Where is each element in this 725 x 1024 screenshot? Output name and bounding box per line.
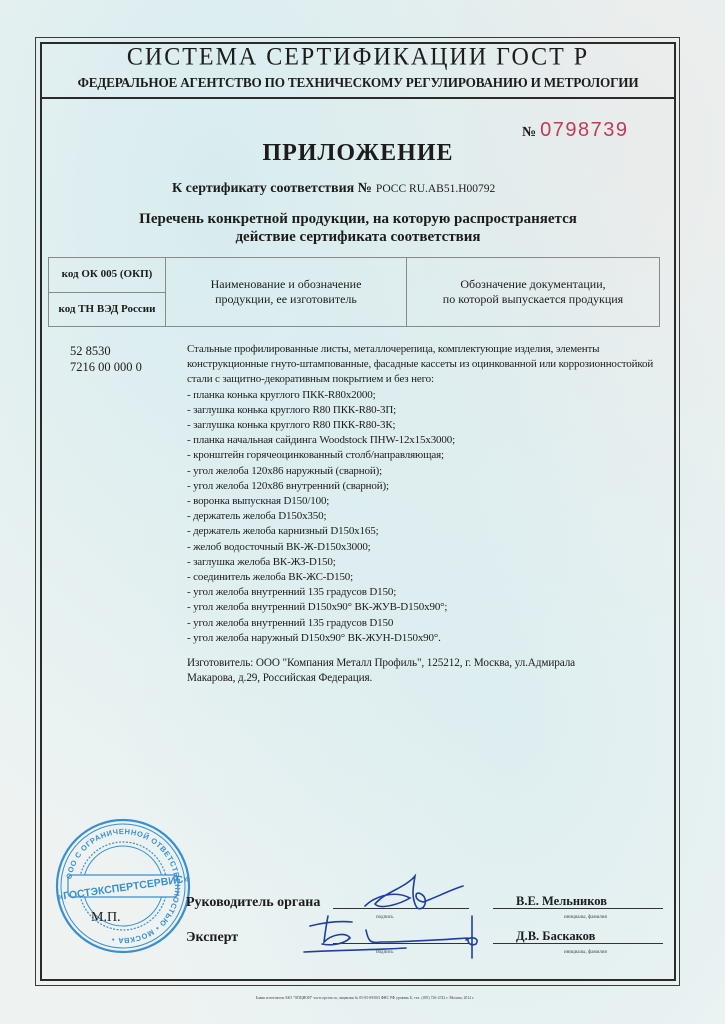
product-item: - заглушка конька круглого R80 ПКК-R80-3… (187, 418, 667, 433)
product-item: - угол желоба внутренний 135 градусов D1… (187, 616, 667, 631)
product-item: - планка конька круглого ПКК-R80х2000; (187, 388, 667, 403)
product-item: - держатель желоба D150х350; (187, 509, 667, 524)
certification-system-title: СИСТЕМА СЕРТИФИКАЦИИ ГОСТ Р (40, 43, 676, 71)
product-item: - воронка выпускная D150/100; (187, 494, 667, 509)
header-documentation: Обозначение документации, по которой вып… (407, 258, 660, 327)
certificate-reference: К сертификату соответствия №РОСС RU.AB51… (172, 181, 495, 197)
product-item: - планка начальная сайдинга Woodstock ПН… (187, 433, 667, 448)
product-description: Стальные профилированные листы, металлоч… (187, 342, 667, 646)
document-title: ПРИЛОЖЕНИЕ (40, 140, 676, 167)
printer-imprint: Бланк изготовлен ЗАО "ОПЦИОН" www.opcion… (200, 996, 530, 1000)
header-documentation-line2: по которой выпускается продукция (411, 292, 655, 307)
product-item: - угол желоба 120х86 наружный (сварной); (187, 464, 667, 479)
product-intro: Стальные профилированные листы, металлоч… (187, 342, 667, 388)
header-code-okp: код ОК 005 (ОКП) (49, 258, 166, 293)
product-list-title-line1: Перечень конкретной продукции, на котору… (40, 210, 676, 228)
certificate-number: РОСС RU.AB51.H00792 (376, 183, 495, 195)
product-item: - угол желоба наружный D150х90° ВК-ЖУН-D… (187, 631, 667, 646)
number-sign: № (522, 125, 536, 140)
head-signature-icon (355, 868, 465, 918)
serial-number: №0798739 (522, 119, 628, 142)
product-item: - соединитель желоба ВК-ЖС-D150; (187, 570, 667, 585)
seal-place-label: М.П. (91, 910, 121, 926)
header-product-name: Наименование и обозначение продукции, ее… (166, 258, 407, 327)
code-tnved-value: 7216 00 000 0 (70, 359, 142, 375)
header-code-tnved: код ТН ВЭД России (49, 292, 166, 327)
product-item: - заглушка конька круглого R80 ПКК-R80-3… (187, 403, 667, 418)
header-divider (40, 97, 676, 99)
product-item: - держатель желоба карнизный D150х165; (187, 524, 667, 539)
header-product-name-line1: Наименование и обозначение (170, 277, 402, 292)
head-name: В.Е. Мельников (516, 894, 607, 909)
serial-number-value: 0798739 (540, 119, 628, 141)
product-items-list: - планка конька круглого ПКК-R80х2000;- … (187, 388, 667, 646)
header-documentation-line1: Обозначение документации, (411, 277, 655, 292)
product-item: - угол желоба 120х86 внутренний (сварной… (187, 479, 667, 494)
manufacturer-info: Изготовитель: ООО "Компания Металл Профи… (187, 656, 627, 686)
expert-role-label: Эксперт (186, 930, 238, 946)
certificate-label: К сертификату соответствия № (172, 181, 372, 196)
expert-name: Д.В. Баскаков (516, 929, 595, 944)
product-item: - угол желоба внутренний 135 градусов D1… (187, 585, 667, 600)
product-item: - желоб водосточный ВК-Ж-D150х3000; (187, 540, 667, 555)
expert-signature-icon (296, 912, 486, 960)
product-table-header: код ОК 005 (ОКП) Наименование и обозначе… (48, 257, 660, 327)
product-codes: 52 8530 7216 00 000 0 (70, 343, 142, 375)
manufacturer-line1: Изготовитель: ООО "Компания Металл Профи… (187, 656, 627, 671)
official-stamp-icon: ООО С ОГРАНИЧЕННОЙ ОТВЕТСТВЕННОСТЬЮ • МО… (54, 817, 192, 955)
product-list-title-line2: действие сертификата соответствия (40, 228, 676, 246)
agency-name: ФЕДЕРАЛЬНОЕ АГЕНТСТВО ПО ТЕХНИЧЕСКОМУ РЕ… (40, 75, 676, 91)
expert-name-caption: инициалы, фамилия (564, 950, 607, 955)
head-role-label: Руководитель органа (186, 895, 320, 911)
product-list-title: Перечень конкретной продукции, на котору… (40, 210, 676, 246)
manufacturer-line2: Макарова, д.29, Российская Федерация. (187, 671, 627, 686)
product-item: - кронштейн горячеоцинкованный столб/нап… (187, 448, 667, 463)
code-okp-value: 52 8530 (70, 343, 142, 359)
product-item: - угол желоба внутренний D150х90° ВК-ЖУВ… (187, 600, 667, 615)
product-item: - заглушка желоба ВК-ЖЗ-D150; (187, 555, 667, 570)
header-product-name-line2: продукции, ее изготовитель (170, 292, 402, 307)
